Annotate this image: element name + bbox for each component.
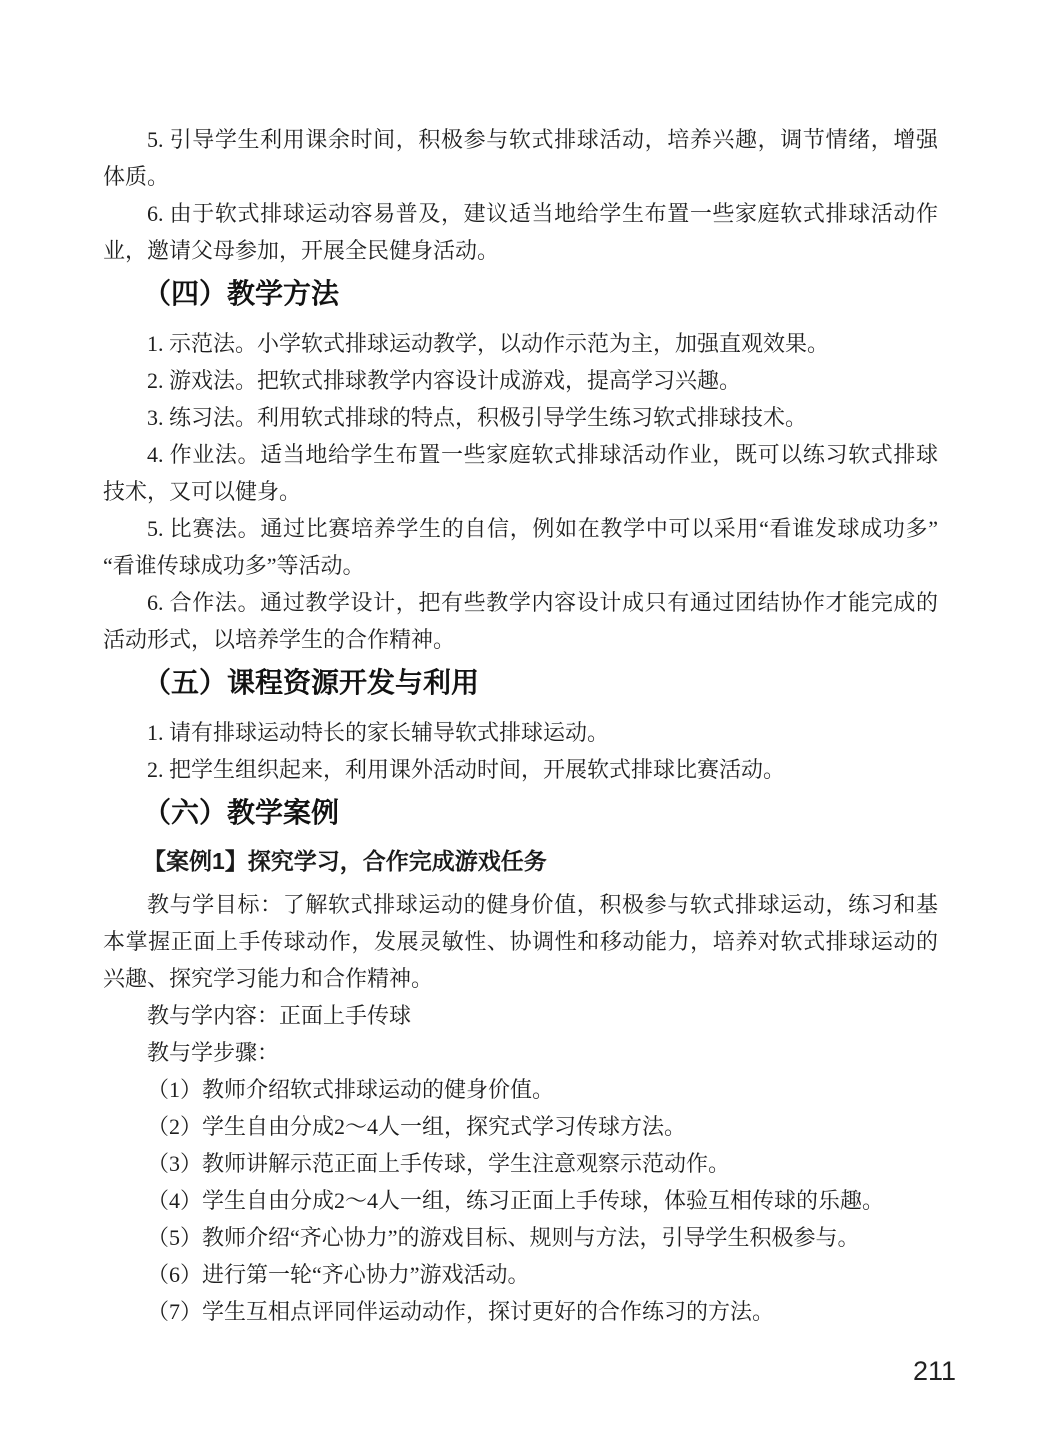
section-heading-teaching-methods: （四）教学方法: [103, 273, 938, 317]
section-heading-curriculum-resources: （五）课程资源开发与利用: [103, 662, 938, 706]
document-page: 5. 引导学生利用课余时间，积极参与软式排球活动，培养兴趣，调节情绪，增强体质。…: [0, 0, 1038, 1452]
case1-step-4: （4）学生自由分成2～4人一组，练习正面上手传球，体验互相传球的乐趣。: [103, 1182, 938, 1219]
case1-step-3: （3）教师讲解示范正面上手传球，学生注意观察示范动作。: [103, 1145, 938, 1182]
teaching-method-item-6: 6. 合作法。通过教学设计，把有些教学内容设计成只有通过团结协作才能完成的活动形…: [103, 584, 938, 658]
case1-step-6: （6）进行第一轮“齐心协力”游戏活动。: [103, 1256, 938, 1293]
case1-step-2: （2）学生自由分成2～4人一组，探究式学习传球方法。: [103, 1108, 938, 1145]
teaching-method-item-2: 2. 游戏法。把软式排球教学内容设计成游戏，提高学习兴趣。: [103, 362, 938, 399]
case1-content-line: 教与学内容：正面上手传球: [103, 997, 938, 1034]
case1-step-7: （7）学生互相点评同伴运动动作，探讨更好的合作练习的方法。: [103, 1293, 938, 1330]
curriculum-resource-item-2: 2. 把学生组织起来，利用课外活动时间，开展软式排球比赛活动。: [103, 751, 938, 788]
case1-step-5: （5）教师介绍“齐心协力”的游戏目标、规则与方法，引导学生积极参与。: [103, 1219, 938, 1256]
page-number: 211: [913, 1356, 956, 1386]
teaching-method-item-1: 1. 示范法。小学软式排球运动教学，以动作示范为主，加强直观效果。: [103, 325, 938, 362]
teaching-method-item-5: 5. 比赛法。通过比赛培养学生的自信，例如在教学中可以采用“看谁发球成功多”“看…: [103, 510, 938, 584]
curriculum-resource-item-1: 1. 请有排球运动特长的家长辅导软式排球运动。: [103, 714, 938, 751]
teaching-method-item-4: 4. 作业法。适当地给学生布置一些家庭软式排球活动作业，既可以练习软式排球技术，…: [103, 436, 938, 510]
case1-title: 【案例1】探究学习，合作完成游戏任务: [103, 844, 938, 878]
case1-steps-label: 教与学步骤：: [103, 1034, 938, 1071]
case1-step-1: （1）教师介绍软式排球运动的健身价值。: [103, 1071, 938, 1108]
teaching-method-item-3: 3. 练习法。利用软式排球的特点，积极引导学生练习软式排球技术。: [103, 399, 938, 436]
page-content: 5. 引导学生利用课余时间，积极参与软式排球活动，培养兴趣，调节情绪，增强体质。…: [0, 0, 1038, 1330]
intro-paragraph-5: 5. 引导学生利用课余时间，积极参与软式排球活动，培养兴趣，调节情绪，增强体质。: [103, 121, 938, 195]
section-heading-teaching-cases: （六）教学案例: [103, 792, 938, 836]
case1-goals-paragraph: 教与学目标：了解软式排球运动的健身价值，积极参与软式排球运动，练习和基本掌握正面…: [103, 886, 938, 997]
intro-paragraph-6: 6. 由于软式排球运动容易普及，建议适当地给学生布置一些家庭软式排球活动作业，邀…: [103, 195, 938, 269]
